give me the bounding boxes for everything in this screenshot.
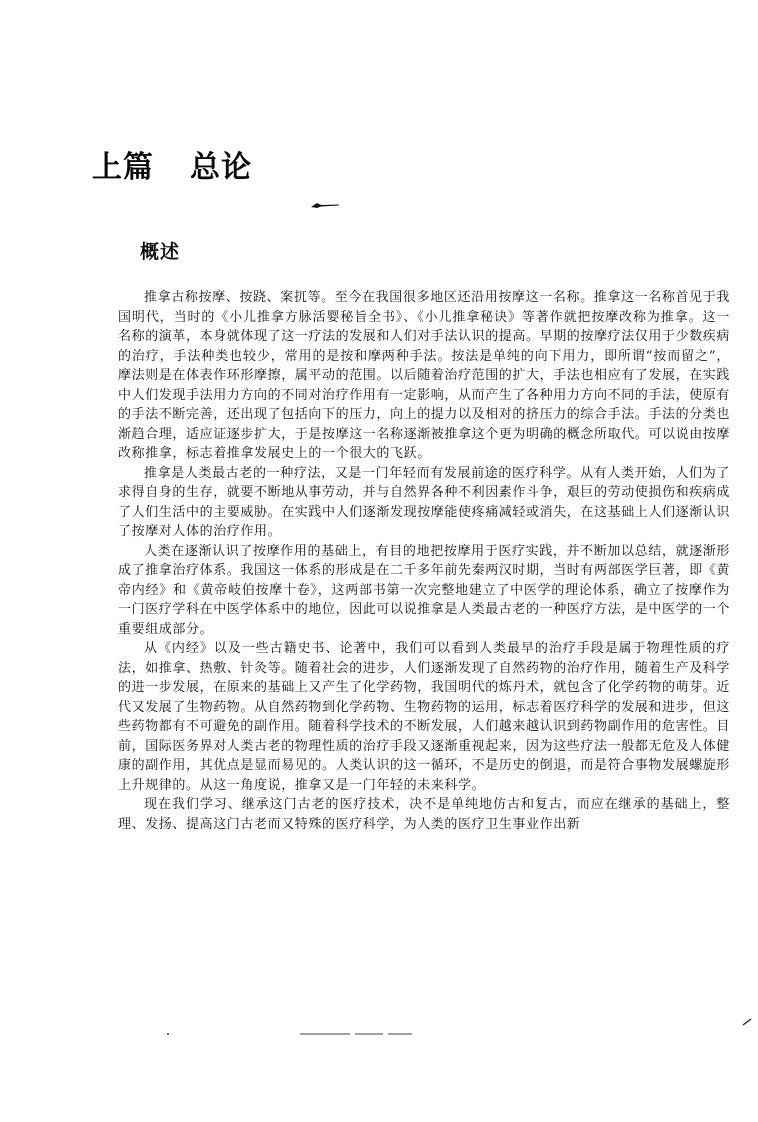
scan-speck xyxy=(167,1033,169,1035)
part-title: 上篇总论 xyxy=(92,142,252,186)
paragraph-5: 现在我们学习、继承这门古老的医疗技术，决不是单纯地仿古和复古，而应在继承的基础上… xyxy=(118,795,730,834)
scan-smudge xyxy=(355,1033,383,1035)
body-text: 推拿古称按摩、按跷、案扤等。至今在我国很多地区还沿用按摩这一名称。推拿这一名称首… xyxy=(118,288,730,834)
section-title: 概述 xyxy=(140,237,180,264)
scan-smudge xyxy=(388,1033,412,1035)
paragraph-2: 推拿是人类最古老的一种疗法，又是一门年轻而有发展前途的医疗科学。从有人类开始，人… xyxy=(118,464,730,542)
paragraph-1: 推拿古称按摩、按跷、案扤等。至今在我国很多地区还沿用按摩这一名称。推拿这一名称首… xyxy=(118,288,730,464)
chapter-number-mark xyxy=(309,200,341,210)
paragraph-4: 从《内经》以及一些古籍史书、论著中，我们可以看到人类最早的治疗手段是属于物理性质… xyxy=(118,639,730,795)
part-name: 总论 xyxy=(190,150,252,185)
paragraph-3: 人类在逐渐认识了按摩作用的基础上，有目的地把按摩用于医疗实践，并不断加以总结，就… xyxy=(118,542,730,640)
part-label: 上篇 xyxy=(92,150,154,185)
scan-mark xyxy=(742,1018,752,1026)
scanned-book-page: 上篇总论 概述 推拿古称按摩、按跷、案扤等。至今在我国很多地区还沿用按摩这一名称… xyxy=(0,0,758,1122)
scan-smudge xyxy=(300,1033,350,1035)
